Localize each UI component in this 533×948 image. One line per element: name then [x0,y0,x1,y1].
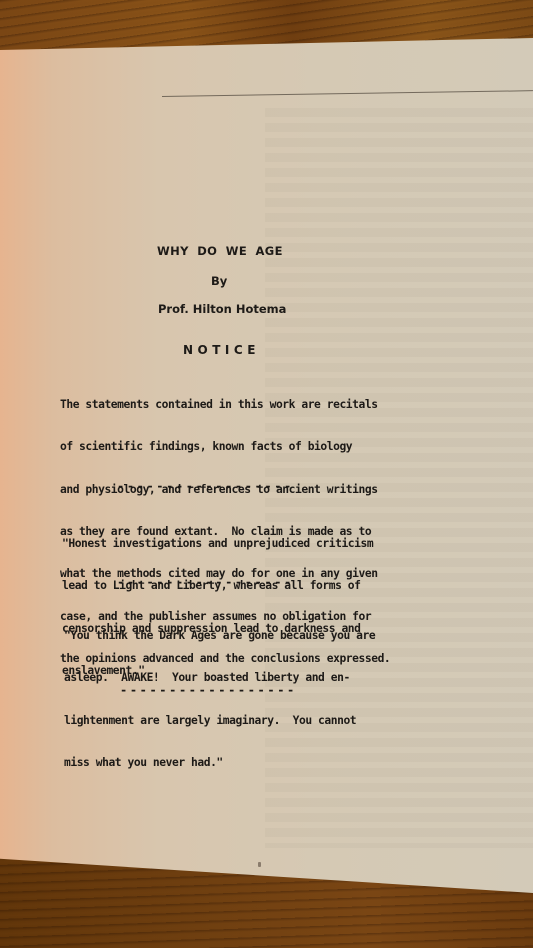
text-line: of scientific findings, known facts of b… [60,440,390,454]
byline: By [211,274,227,288]
author-name: Prof. Hilton Hotema [158,302,286,316]
text-line: lightenment are largely imaginary. You c… [64,714,375,728]
separator-dashes: ------------------ [120,683,297,697]
text-line: "Honest investigations and unprejudiced … [62,537,373,551]
notice-heading: NOTICE [183,343,260,357]
quote-dark-ages: "You think the Dark Ages are gone becaus… [64,601,375,798]
paper-speck [258,862,261,867]
separator-dashes: ------------------ [117,575,294,589]
text-line: "You think the Dark Ages are gone becaus… [64,629,375,643]
text-line: miss what you never had." [64,756,375,770]
separator-dashes: ------------------ [117,479,294,493]
document-title: WHY DO WE AGE [157,244,283,258]
text-line: The statements contained in this work ar… [60,398,390,412]
page-edge-line [162,90,533,97]
